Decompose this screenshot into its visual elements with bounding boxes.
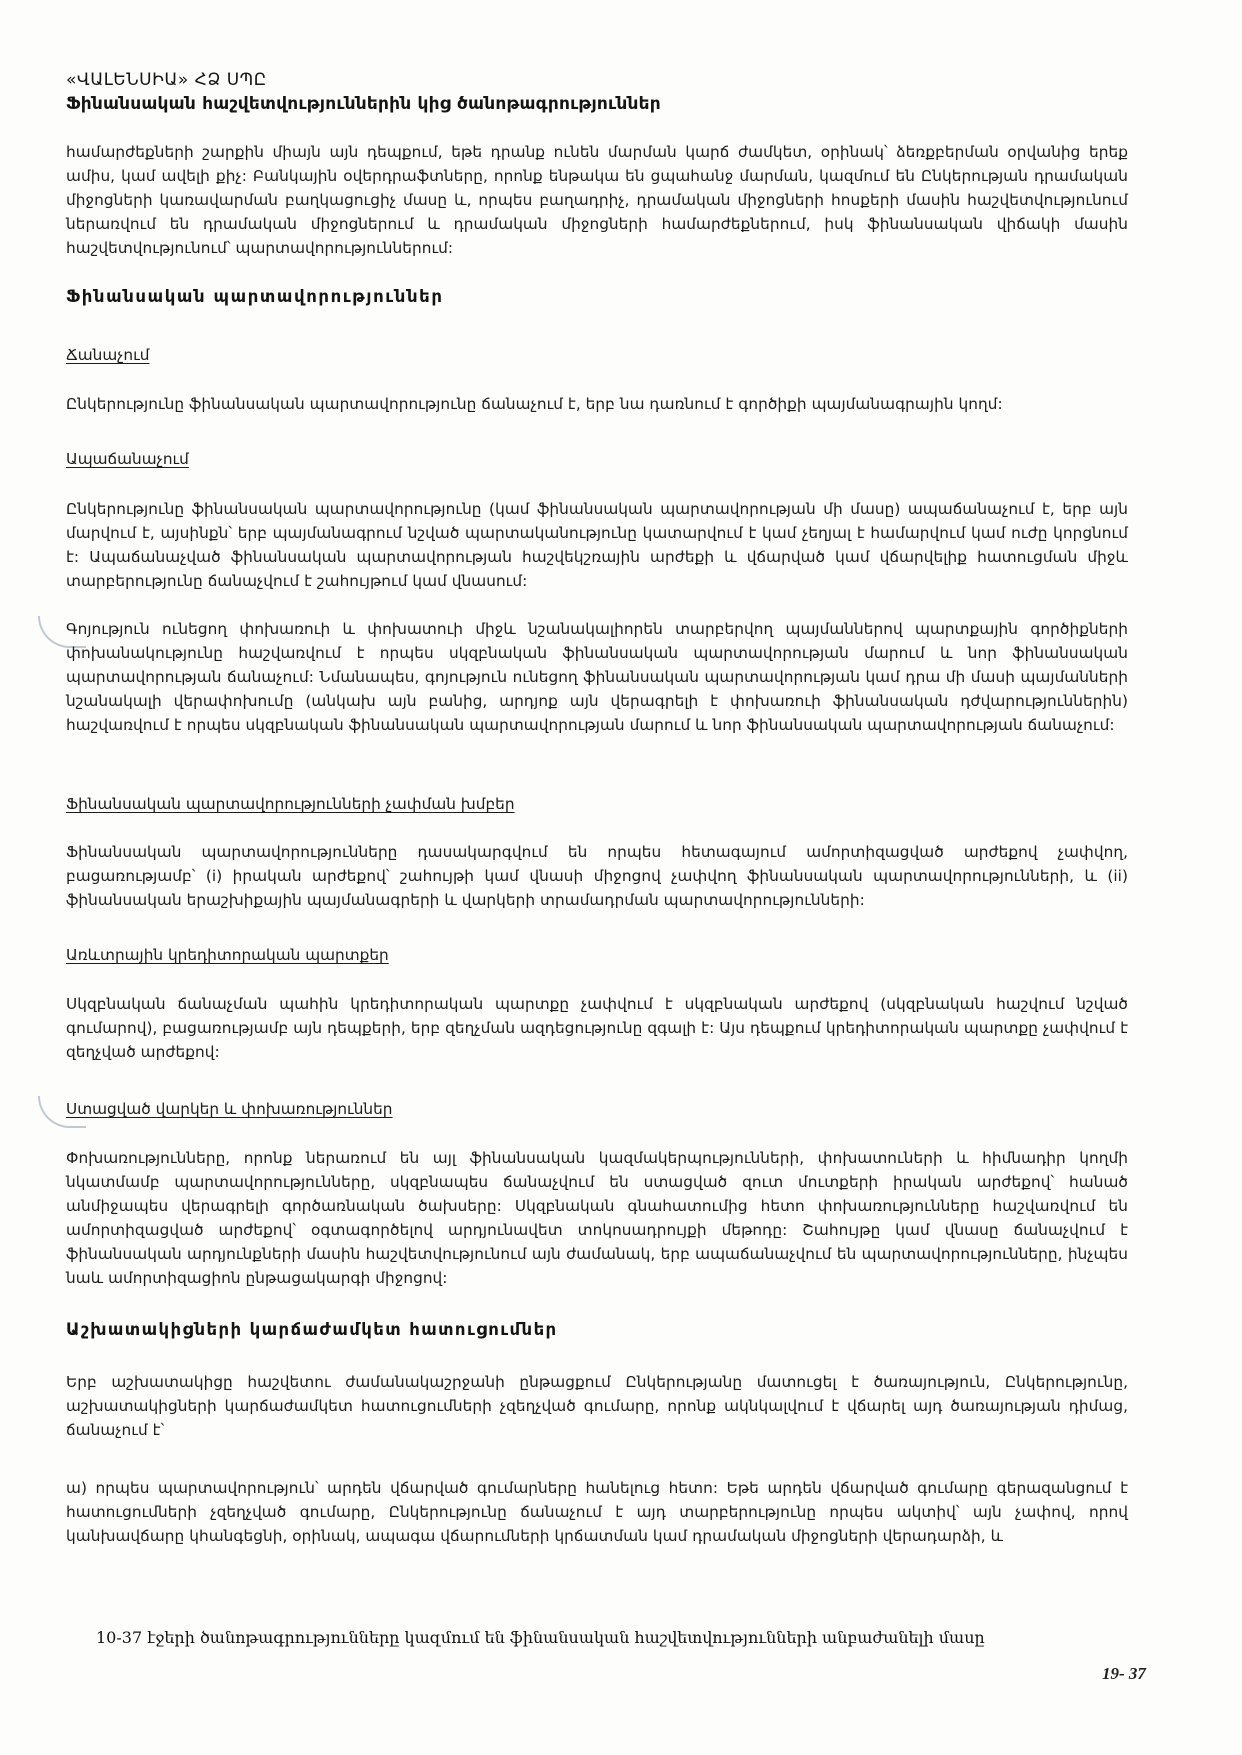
document-subtitle: Ֆինանսական հաշվետվություններին կից ծանոթ… (66, 93, 661, 115)
document-page: «ՎԱԼԵՆՍԻԱ» ՀՁ ՍՊԸ Ֆինանսական հաշվետվությ… (0, 0, 1242, 1755)
subheading-derecognition: Ապաճանաչում (66, 450, 189, 468)
section-heading-financial-liabilities: Ֆինանսական պարտավորություններ (66, 287, 444, 306)
employee-benefits-text-1: Երբ աշխատակիցը հաշվետու ժամանակաշրջանի ը… (66, 1370, 1128, 1442)
subheading-measurement-categories: Ֆինանսական պարտավորությունների չափման խմ… (66, 795, 515, 813)
subheading-trade-payables: Առևտրային կրեդիտորական պարտքեր (66, 946, 389, 964)
section-heading-employee-benefits: Աշխատակիցների կարճաժամկետ հատուցումներ (66, 1320, 558, 1339)
measurement-categories-text: Ֆինանսական պարտավորությունները դասակարգվ… (66, 840, 1128, 912)
loans-borrowings-text: Փոխառությունները, որոնք ներառում են այլ … (66, 1146, 1128, 1290)
footer-note: 10-37 էջերի ծանոթագրությունները կազմում … (96, 1628, 985, 1647)
company-name: «ՎԱԼԵՆՍԻԱ» ՀՁ ՍՊԸ (66, 69, 267, 91)
recognition-text: Ընկերությունը ֆինանսական պարտավորություն… (66, 392, 1128, 416)
subheading-recognition: Ճանաչում (66, 346, 149, 364)
trade-payables-text: Սկզբնական ճանաչման պահին կրեդիտորական պա… (66, 992, 1128, 1064)
intro-paragraph: համարժեքների շարքին միայն այն դեպքում, ե… (66, 140, 1128, 260)
employee-benefits-text-2: ա) որպես պարտավորություն՝ արդեն վճարված … (66, 1476, 1128, 1548)
subheading-loans-borrowings: Ստացված վարկեր և փոխառություններ (66, 1100, 393, 1118)
derecognition-text-2: Գոյություն ունեցող փոխառուի և փոխատուի մ… (66, 617, 1128, 737)
derecognition-text-1: Ընկերությունը ֆինանսական պարտավորություն… (66, 497, 1128, 593)
page-number: 19- 37 (1102, 1664, 1146, 1684)
